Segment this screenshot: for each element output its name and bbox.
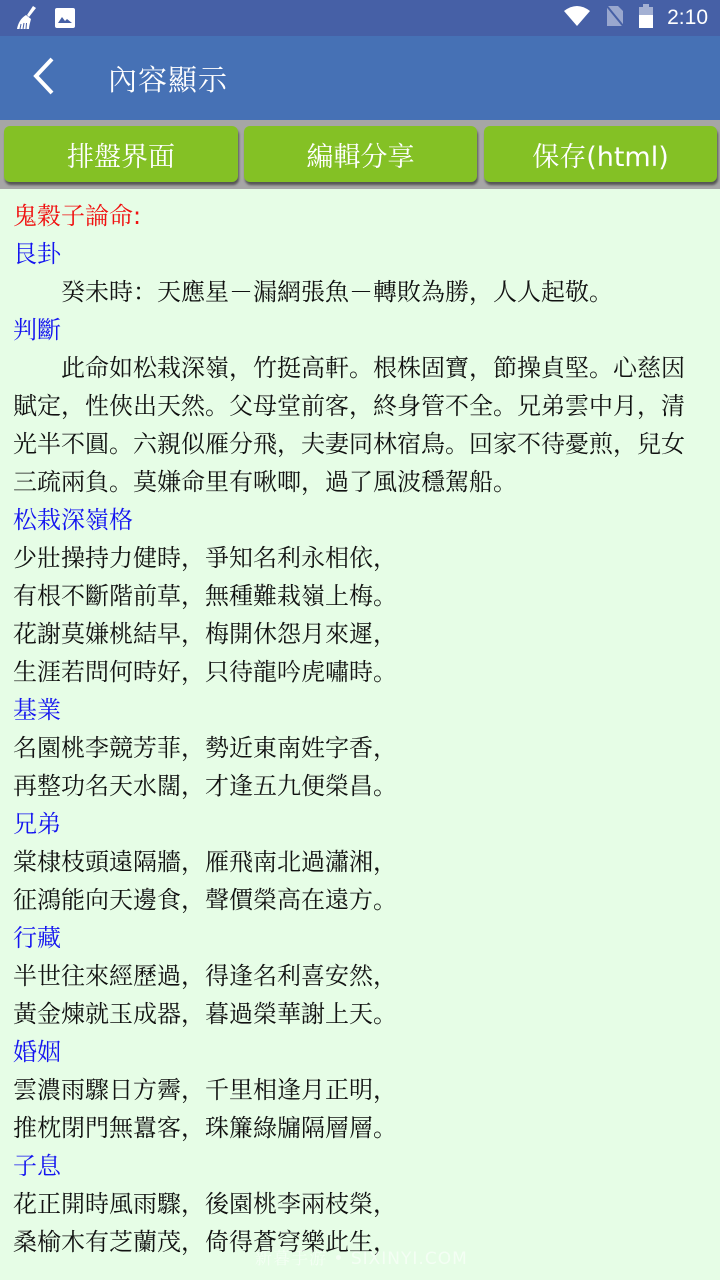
toolbar: 排盤界面 編輯分享 保存(html)	[0, 120, 720, 189]
image-icon	[54, 7, 76, 33]
section-heading-children: 子息	[13, 1147, 708, 1185]
status-bar: 2:10	[0, 0, 720, 36]
section-heading-judgement: 判斷	[13, 311, 708, 349]
poem-line: 黃金煉就玉成器，暮過榮華謝上天。	[13, 995, 708, 1033]
battery-icon	[639, 4, 653, 32]
poem-line: 名園桃李競芳菲，勢近東南姓字香，	[13, 729, 708, 767]
section-heading-siblings: 兄弟	[13, 805, 708, 843]
section-heading-foundation: 基業	[13, 691, 708, 729]
no-sim-icon	[605, 4, 625, 32]
content-area[interactable]: 鬼穀子論命: 艮卦 癸未時：天應星－漏網張魚－轉敗為勝，人人起敬。 判斷 此命如…	[0, 189, 720, 1280]
content-title: 鬼穀子論命:	[13, 197, 708, 235]
section-heading-gen-gua: 艮卦	[13, 235, 708, 273]
back-button[interactable]	[22, 54, 66, 102]
chevron-left-icon	[30, 56, 58, 100]
poem-line: 花正開時風雨驟，後園桃李兩枝榮，	[13, 1185, 708, 1223]
section-heading-pine-pattern: 松栽深嶺格	[13, 501, 708, 539]
poem-line: 少壯操持力健時，爭知名利永相依，	[13, 539, 708, 577]
wifi-icon	[563, 5, 591, 31]
poem-line: 推枕閉門無囂客，珠簾綠牖隔層層。	[13, 1109, 708, 1147]
section-paragraph: 此命如松栽深嶺，竹挺高軒。根株固寶，節操貞堅。心慈因賦定，性俠出天然。父母堂前客…	[13, 349, 698, 501]
poem-line: 棠棣枝頭遠隔牆，雁飛南北過瀟湘，	[13, 843, 708, 881]
poem-line: 有根不斷階前草，無種難栽嶺上梅。	[13, 577, 708, 615]
poem-line: 征鴻能向天邊食，聲價榮高在遠方。	[13, 881, 708, 919]
edit-share-button[interactable]: 編輯分享	[244, 126, 477, 182]
save-html-button[interactable]: 保存(html)	[484, 126, 717, 182]
app-bar: 內容顯示	[0, 36, 720, 120]
poem-line: 半世往來經歷過，得逢名利喜安然，	[13, 957, 708, 995]
section-heading-marriage: 婚姻	[13, 1033, 708, 1071]
cleaner-broom-icon	[14, 5, 40, 35]
status-time: 2:10	[667, 6, 708, 30]
page-title: 內容顯示	[108, 58, 228, 99]
status-left-icons	[14, 5, 76, 35]
poem-line: 花謝莫嫌桃結早，梅開休怨月來遲，	[13, 615, 708, 653]
section-paragraph: 癸未時：天應星－漏網張魚－轉敗為勝，人人起敬。	[13, 273, 698, 311]
layout-screen-button[interactable]: 排盤界面	[4, 126, 238, 182]
section-heading-conduct: 行藏	[13, 919, 708, 957]
poem-line: 再整功名天水闊，才逢五九便榮昌。	[13, 767, 708, 805]
poem-line: 雲濃雨驟日方霽，千里相逢月正明，	[13, 1071, 708, 1109]
watermark: 新暮手游 • SIXINYI.COM	[255, 1244, 468, 1269]
poem-line: 生涯若問何時好，只待龍吟虎嘯時。	[13, 653, 708, 691]
status-right-icons: 2:10	[563, 0, 708, 36]
